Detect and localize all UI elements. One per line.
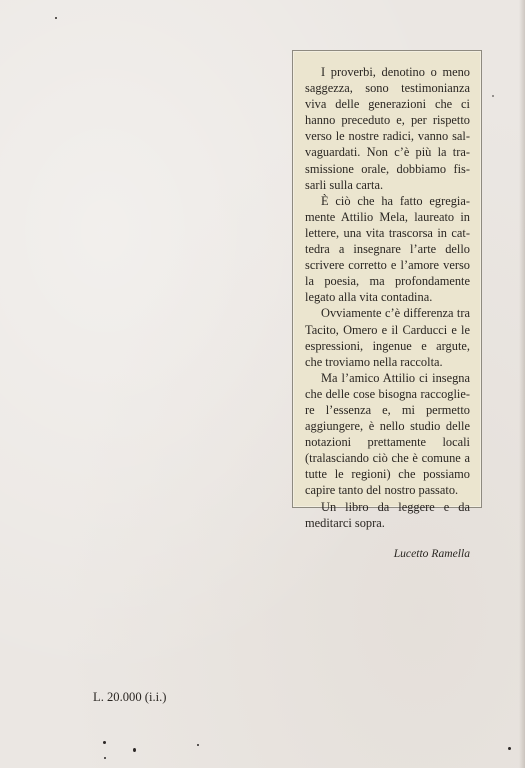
- paper-speck: [492, 95, 494, 97]
- cover-edge-shadow: [519, 0, 525, 768]
- paper-speck: [197, 744, 199, 746]
- blurb-box: I proverbi, denotino o meno saggezza, so…: [292, 50, 482, 508]
- paper-speck: [508, 747, 511, 750]
- price-label: L. 20.000 (i.i.): [93, 690, 166, 705]
- paper-speck: [104, 757, 106, 759]
- paper-speck: [55, 17, 57, 19]
- paper-speck: [103, 741, 106, 744]
- paper-speck: [133, 748, 136, 752]
- book-back-cover: I proverbi, denotino o meno saggezza, so…: [0, 0, 525, 768]
- blurb-paragraph-1: I proverbi, denotino o meno saggezza, so…: [305, 64, 470, 193]
- blurb-paragraph-4: Ma l’amico Attilio ci insegna che delle …: [305, 370, 470, 499]
- author-signature: Lucetto Ramella: [305, 547, 470, 560]
- blurb-paragraph-5: Un libro da leggere e da meditarci sopra…: [305, 499, 470, 531]
- blurb-paragraph-2: È ciò che ha fatto egregia­mente Attilio…: [305, 193, 470, 306]
- blurb-paragraph-3: Ovviamente c’è differenza tra Tacito, Om…: [305, 305, 470, 369]
